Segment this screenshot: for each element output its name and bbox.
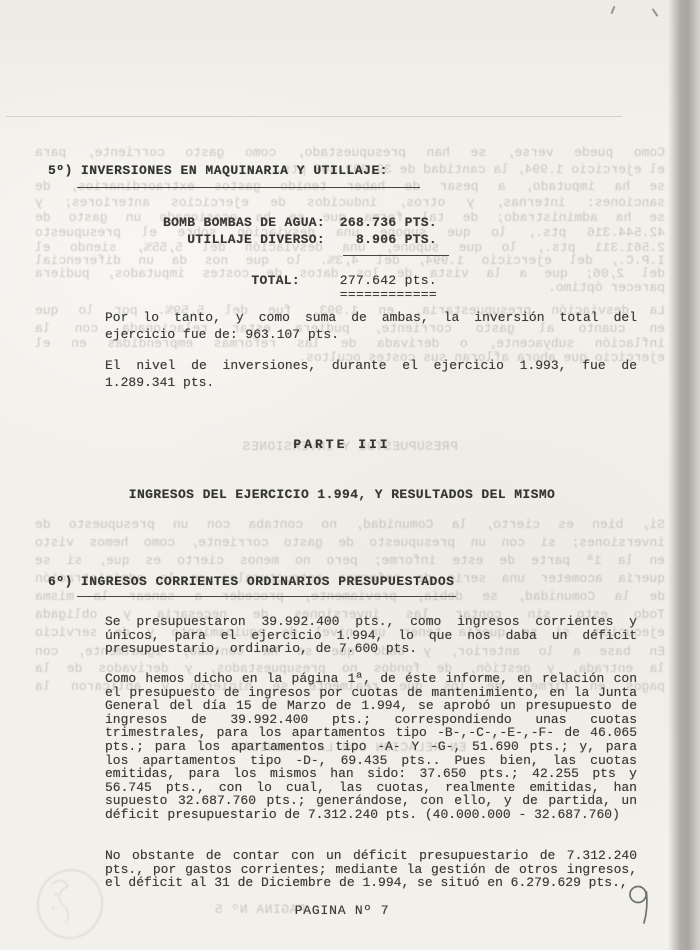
paper-edge-line (6, 116, 622, 117)
text-line: emitidas, para los mismos han sido: 37.6… (105, 767, 637, 781)
page-number-footer: PAGINA Nº 7 (48, 903, 636, 918)
text-line: los apartamentos tipo -D-, 69.435 pts.. … (105, 754, 637, 768)
bleedthrough-line: inversiones; si con un presupuesto de ga… (35, 536, 665, 550)
section-5-underline (77, 187, 420, 188)
text-line: el presupuesto de ingresos por cuotas de… (105, 686, 637, 700)
paragraph-investment-level: El nivel de inversiones, durante el ejer… (105, 358, 637, 391)
text-line: déficit presupuestario de 7.312.240 pts.… (105, 808, 637, 822)
text-line: El nivel de inversiones, durante el ejer… (105, 358, 637, 375)
text-line: pts., por gastos corrientes; mediante la… (105, 863, 637, 877)
scanned-document-page: Como puede verse, se han presupuestado, … (0, 0, 700, 950)
text-line: 56.745 pts., con lo cual, las cuotas, re… (105, 781, 637, 795)
text-line: 1.289.341 pts. (105, 375, 637, 392)
bleedthrough-line: en la 1ª parte de este informe; pero no … (35, 554, 665, 568)
section-5-number: 5º) (48, 163, 73, 178)
bleedthrough-line: Como puede verse, se han presupuestado, … (35, 146, 665, 160)
text-line: el déficit al 31 de Diciembre de 1.994, … (105, 876, 637, 890)
text-line: pts.; para los apartamentos tipo -A- Y -… (105, 740, 637, 754)
section-6-underline (77, 596, 456, 597)
text-line: Por lo tanto, y como suma de ambas, la i… (105, 310, 637, 327)
total-amount: 277.642 pts. (307, 273, 437, 288)
table-row-label: UTILLAJE DIVERSO: (85, 232, 325, 247)
text-line: presupuestario, ordinario, de 7.600 pts. (105, 642, 637, 656)
bleedthrough-line: Si, bien es cierto, la Comunidad, no con… (35, 518, 665, 532)
text-line: Como hemos dicho en la página 1ª, de ést… (105, 672, 637, 686)
part-3-title: INGRESOS DEL EJERCICIO 1.994, Y RESULTAD… (48, 487, 636, 502)
bleedthrough-line: de la Comunidad, se debía, previamente, … (35, 590, 665, 604)
section-6-heading: 6º)INGRESOS CORRIENTES ORDINARIOS PRESUP… (48, 574, 454, 589)
paragraph-deficit-result: No obstante de contar con un déficit pre… (105, 849, 637, 890)
table-row-amount: 268.736 PTS. (307, 215, 437, 230)
text-line: únicos, para el ejercicio 1.994, lo que … (105, 629, 637, 643)
section-6-title: INGRESOS CORRIENTES ORDINARIOS PRESUPUES… (81, 574, 455, 589)
section-5-title: INVERSIONES EN MAQUINARIA Y UTILLAJE: (81, 163, 388, 178)
text-line: trimestrales, para los apartamentos tipo… (105, 726, 637, 740)
paragraph-investment-sum: Por lo tanto, y como suma de ambas, la i… (105, 310, 637, 343)
paragraph-budgeted-income: Se presupuestaron 39.992.400 pts., como … (105, 615, 637, 656)
text-line: ingresos de 39.992.400 pts.; correspondi… (105, 713, 637, 727)
table-row-label: BOMB BOMBAS DE AGUA: (85, 215, 325, 230)
text-line: General del día 15 de Marzo de 1.994, se… (105, 699, 637, 713)
handwritten-circled-page-number (616, 874, 670, 936)
scan-edge-shadow (668, 0, 700, 950)
total-double-rule: ============ (307, 287, 437, 302)
text-line: supuesto 32.687.760 pts.; generándose, c… (105, 794, 637, 808)
section-5-heading: 5º)INVERSIONES EN MAQUINARIA Y UTILLAJE: (48, 163, 388, 178)
bleedthrough-line: sanciones: internas, y otros, inducidos … (35, 196, 665, 210)
amount-sum-rule (343, 255, 449, 256)
text-line: Se presupuestaron 39.992.400 pts., como … (105, 615, 637, 629)
text-line: ejercicio fue de: 963.107 pts. (105, 327, 637, 344)
part-3-heading: PARTE III (48, 437, 636, 452)
paragraph-quotas-detail: Como hemos dicho en la página 1ª, de ést… (105, 672, 637, 822)
table-row-amount: 8.906 PTS. (307, 232, 437, 247)
total-label: TOTAL: (85, 273, 300, 288)
text-line: No obstante de contar con un déficit pre… (105, 849, 637, 863)
section-6-number: 6º) (48, 574, 73, 589)
